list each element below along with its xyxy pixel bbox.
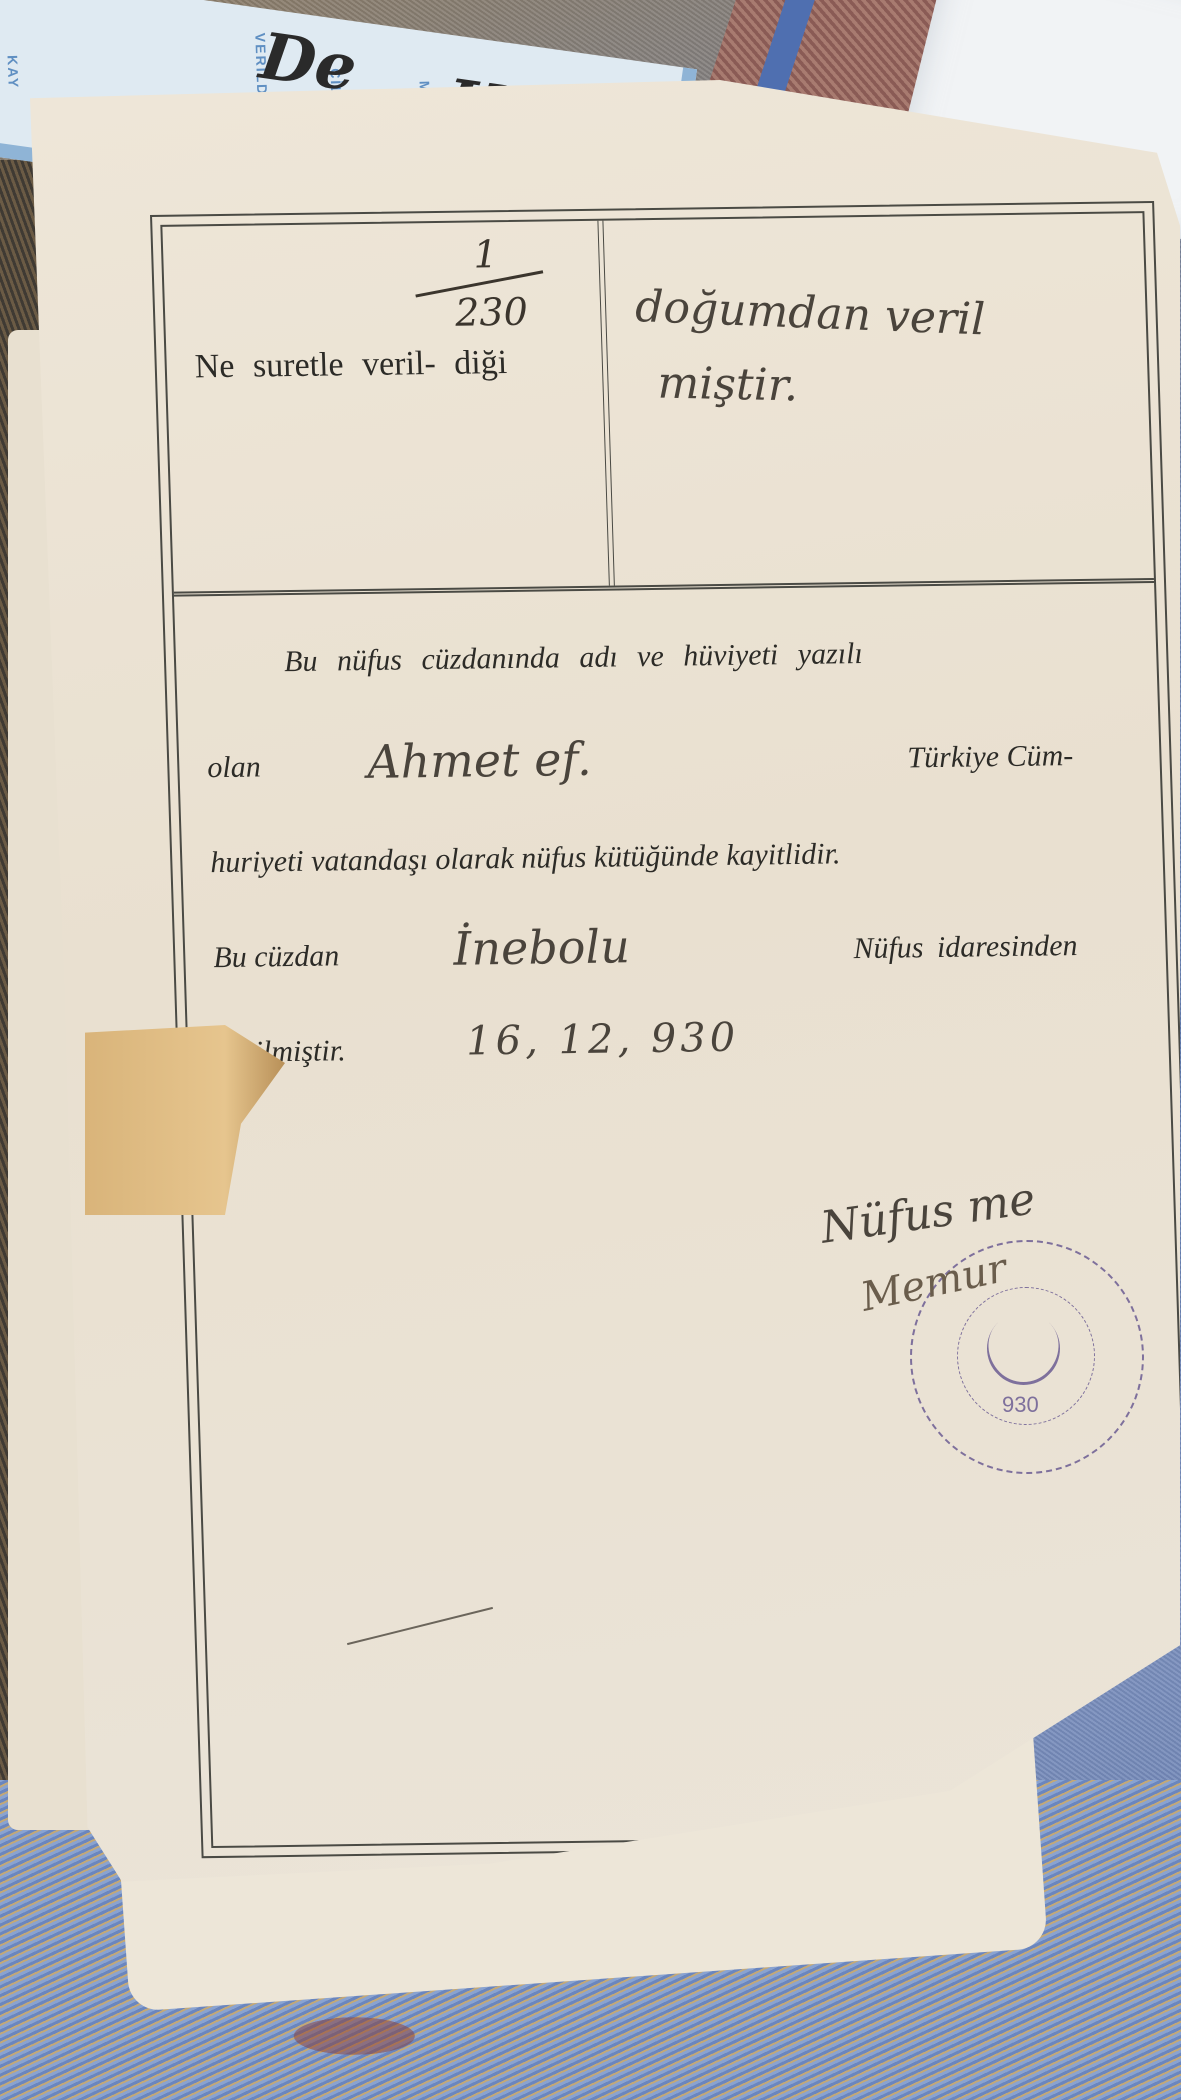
issue-method-label: Ne suretle veril- diği (194, 341, 575, 389)
body-line-5: verilmiştir. 16, 12, 930 (216, 1023, 1167, 1070)
stamp-year: 930 (1002, 1392, 1039, 1418)
fraction-numerator: 1 (473, 232, 499, 276)
issue-method-answer-line2: miştir. (657, 357, 798, 411)
issuing-place: İnebolu (452, 919, 630, 975)
document-frame-inner: 1 230 Ne suretle veril- diği doğumdan ve… (160, 211, 1181, 1848)
body-line-4: Bu cüzdan İnebolu Nüfus idaresinden (213, 928, 1164, 975)
fraction-number: 1 230 (413, 231, 556, 343)
body-line-4-suffix: Nüfus idaresinden (853, 929, 1078, 966)
issue-date: 16, 12, 930 (465, 1015, 739, 1065)
body-line-3: huriyeti vatandaşı olarak nüfus kütüğünd… (210, 833, 1161, 880)
holder-name: Ahmet ef. (366, 732, 592, 789)
body-line-2: olan Ahmet ef. Türkiye Cüm- (207, 738, 1158, 785)
column-divider (597, 221, 614, 586)
body-line-2-suffix: Türkiye Cüm- (907, 739, 1074, 775)
body-line-2-prefix: olan (207, 750, 261, 784)
identity-document-page: 1 230 Ne suretle veril- diği doğumdan ve… (30, 80, 1180, 1900)
issue-method-answer-line1: doğumdan veril (635, 281, 986, 345)
top-section: 1 230 Ne suretle veril- diği doğumdan ve… (162, 213, 1154, 597)
fraction-denominator: 230 (455, 290, 529, 335)
body-line-4-prefix: Bu cüzdan (213, 939, 340, 974)
document-frame: 1 230 Ne suretle veril- diği doğumdan ve… (150, 201, 1181, 1858)
body-line-1: Bu nüfus cüzdanında adı ve hüviyeti yazı… (284, 632, 1181, 679)
blue-form-label: KAY (5, 55, 22, 90)
certificate-body: Bu nüfus cüzdanında adı ve hüviyeti yazı… (204, 633, 1154, 646)
